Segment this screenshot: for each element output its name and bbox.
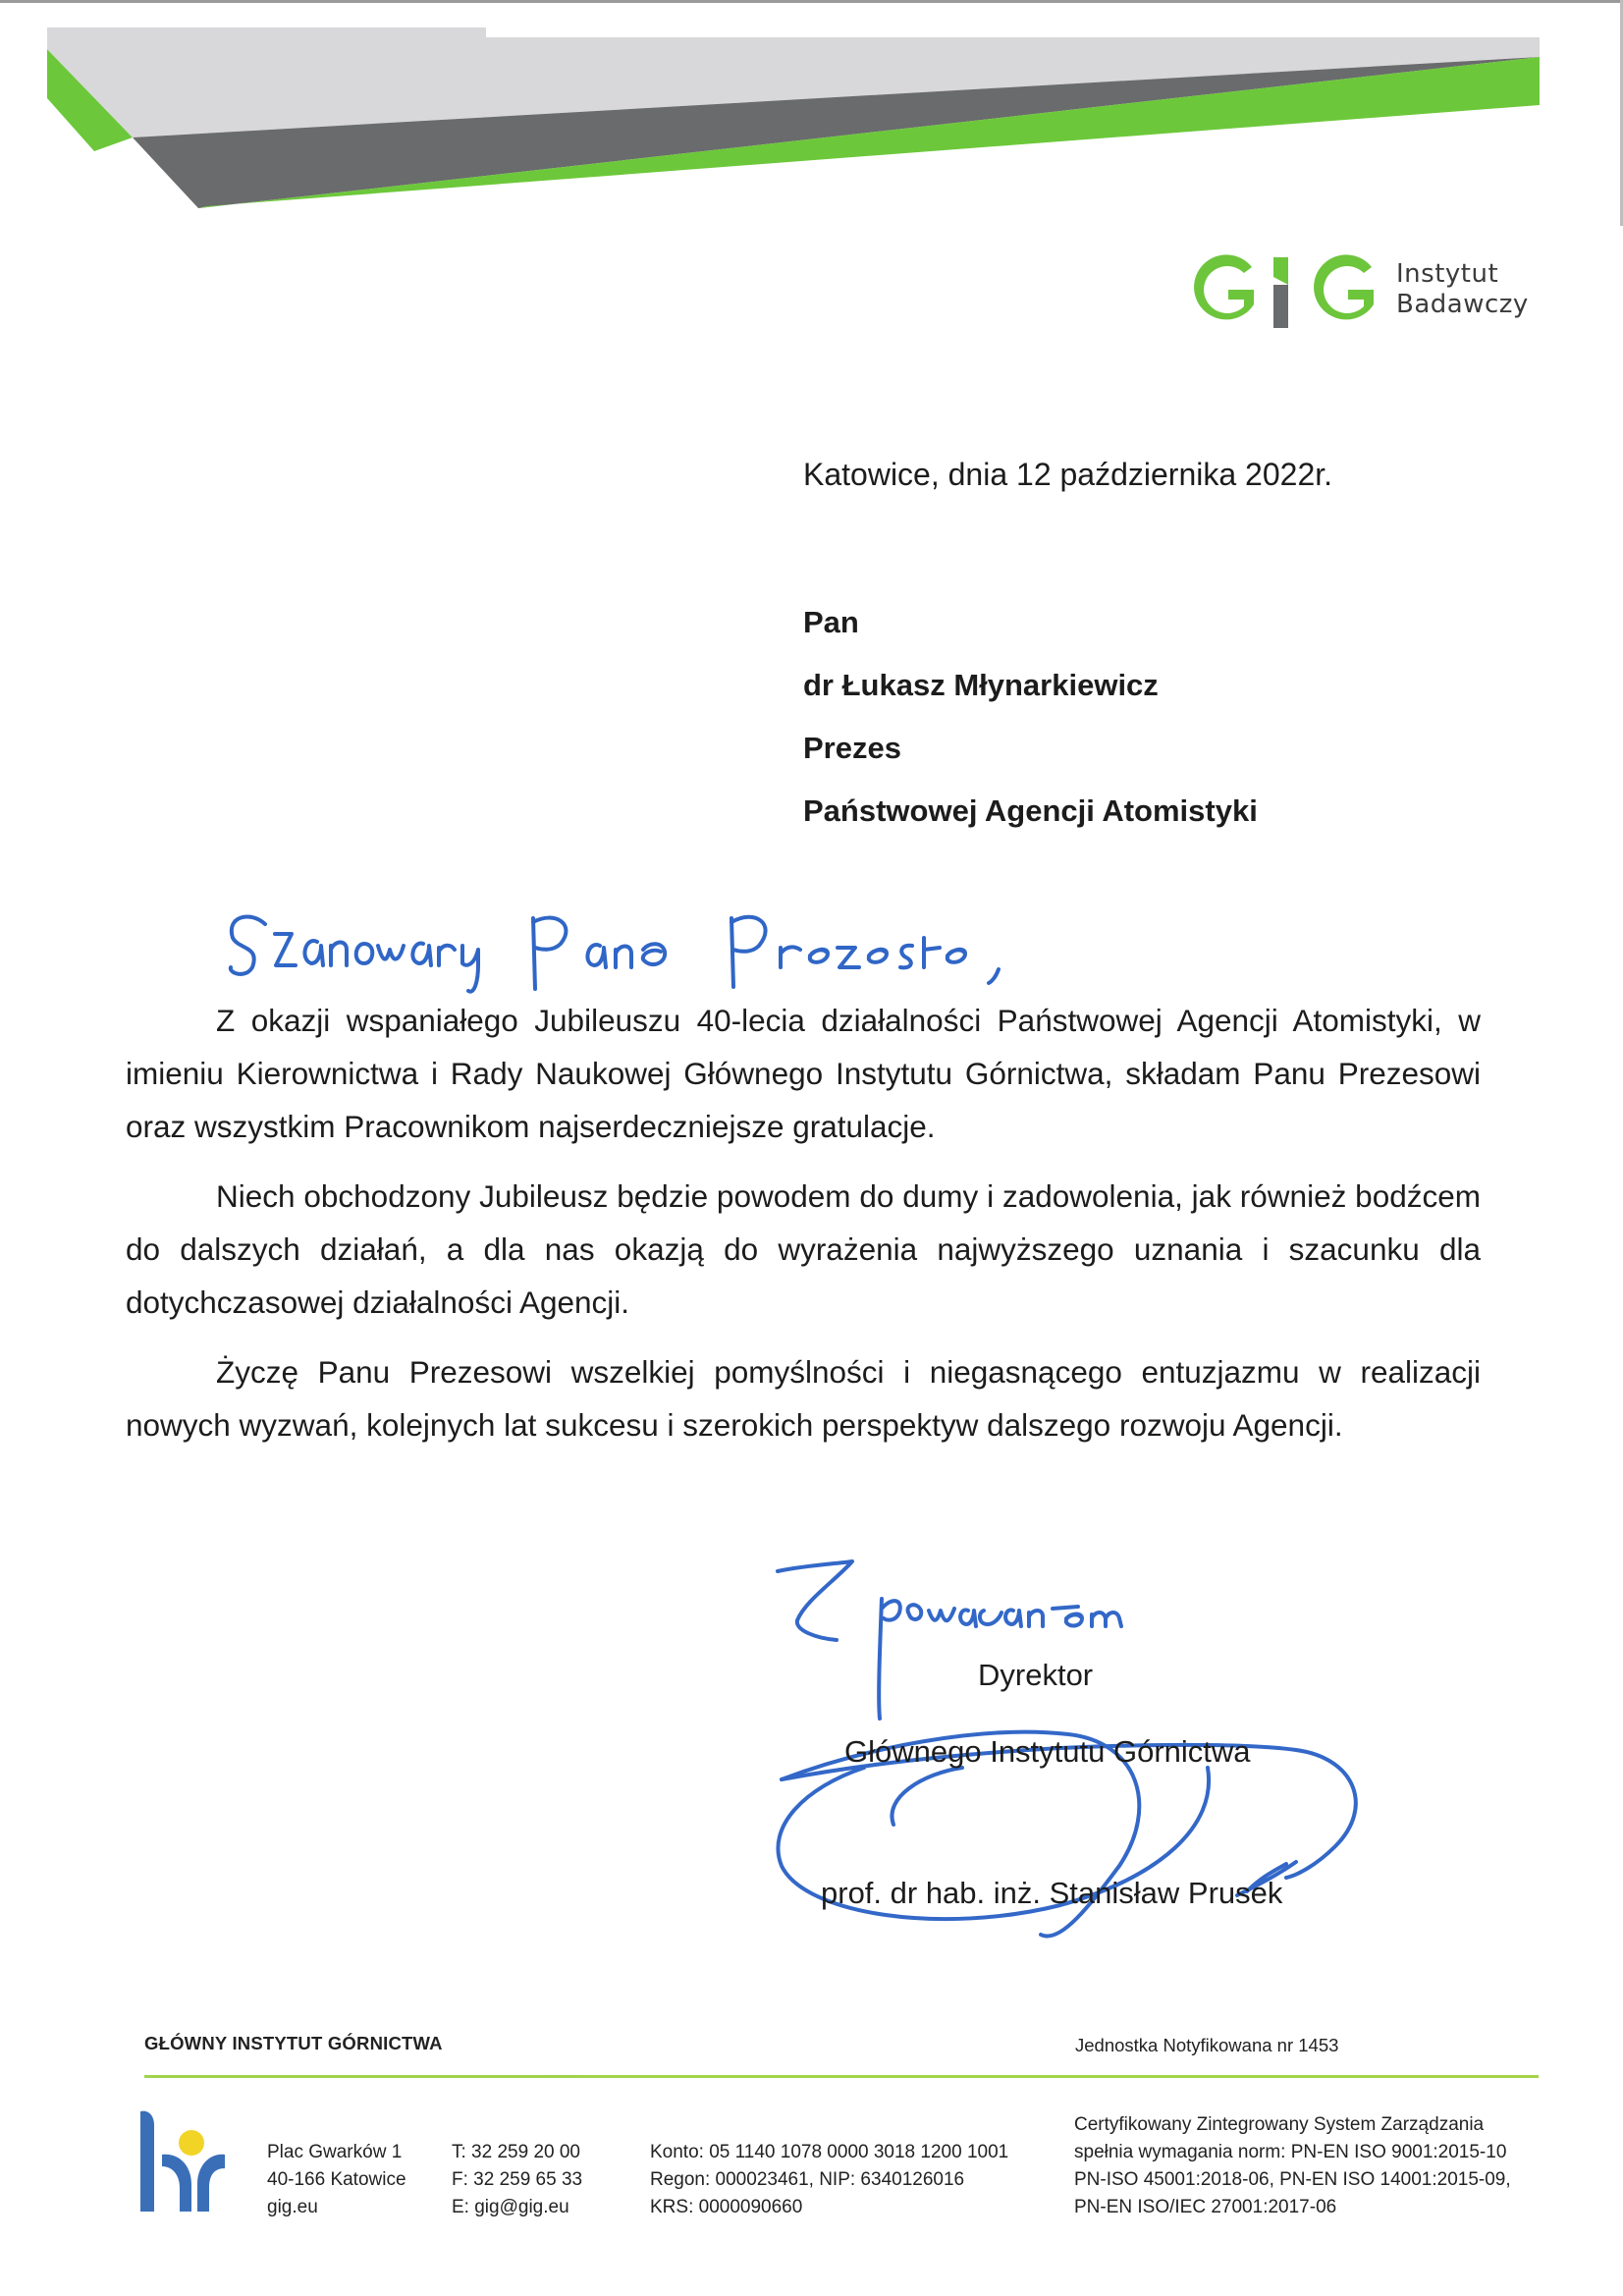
signatory-title-line1: Dyrektor [978,1658,1093,1693]
footer-divider [144,2075,1539,2078]
footer-cert-line2: spełnia wymagania norm: PN-EN ISO 9001:2… [1074,2139,1511,2166]
handwritten-salutation: Szanowny Panie Prezesie, [221,889,1301,997]
footer-contact: T: 32 259 20 00 F: 32 259 65 33 E: gig@g… [452,2139,582,2221]
footer-krs: KRS: 0000090660 [650,2194,1008,2221]
footer-notified-body: Jednostka Notyfikowana nr 1453 [1075,2035,1338,2056]
logo-subtitle-line1: Instytut [1396,259,1529,290]
footer-regon-nip: Regon: 000023461, NIP: 6340126016 [650,2166,1008,2194]
signatory-name: prof. dr hab. inż. Stanisław Prusek [821,1876,1282,1911]
body-paragraph-3: Życzę Panu Prezesowi wszelkiej pomyślnoś… [126,1345,1481,1451]
footer-org-name: GŁÓWNY INSTYTUT GÓRNICTWA [144,2033,443,2054]
footer-city: 40-166 Katowice [267,2166,406,2194]
footer-bank-account: Konto: 05 1140 1078 0000 3018 1200 1001 [650,2139,1008,2166]
gig-logo: Instytut Badawczy [1183,241,1529,339]
letterhead-banner-graphic [0,0,1623,226]
body-paragraph-2: Niech obchodzony Jubileusz będzie powode… [126,1170,1481,1329]
footer-cert-line4: PN-EN ISO/IEC 27001:2017-06 [1074,2194,1511,2221]
footer-street: Plac Gwarków 1 [267,2139,406,2166]
recipient-honorific: Pan [803,601,1258,664]
body-paragraph-1: Z okazji wspaniałego Jubileuszu 40-lecia… [126,994,1481,1153]
footer-cert-line3: PN-ISO 45001:2018-06, PN-EN ISO 14001:20… [1074,2166,1511,2194]
gig-logo-subtitle: Instytut Badawczy [1396,259,1529,320]
letter-body: Z okazji wspaniałego Jubileuszu 40-lecia… [126,994,1481,1468]
recipient-block: Pan dr Łukasz Młynarkiewicz Prezes Państ… [803,601,1258,852]
footer-phone: T: 32 259 20 00 [452,2139,582,2166]
hr-excellence-logo-icon [140,2109,231,2214]
footer-header: GŁÓWNY INSTYTUT GÓRNICTWA Jednostka Noty… [144,2033,1421,2072]
date-line: Katowice, dnia 12 października 2022r. [803,457,1332,493]
footer-email-link[interactable]: E: gig@gig.eu [452,2194,582,2221]
footer-fax: F: 32 259 65 33 [452,2166,582,2194]
closing-block: Z poważaniem Dyrektor Głównego Instytutu… [746,1532,1414,1964]
recipient-title: Prezes [803,727,1258,790]
recipient-name: dr Łukasz Młynarkiewicz [803,664,1258,727]
logo-subtitle-line2: Badawczy [1396,290,1529,320]
footer-website-link[interactable]: gig.eu [267,2194,406,2221]
footer-registry: Konto: 05 1140 1078 0000 3018 1200 1001 … [650,2139,1008,2221]
signatory-title-line2: Głównego Instytutu Górnictwa [844,1734,1251,1770]
footer-address: Plac Gwarków 1 40-166 Katowice gig.eu [267,2139,406,2221]
gig-logo-icon [1183,246,1384,334]
recipient-organization: Państwowej Agencji Atomistyki [803,790,1258,852]
footer-cert-line1: Certyfikowany Zintegrowany System Zarząd… [1074,2111,1511,2139]
footer-certification: Certyfikowany Zintegrowany System Zarząd… [1074,2111,1511,2221]
